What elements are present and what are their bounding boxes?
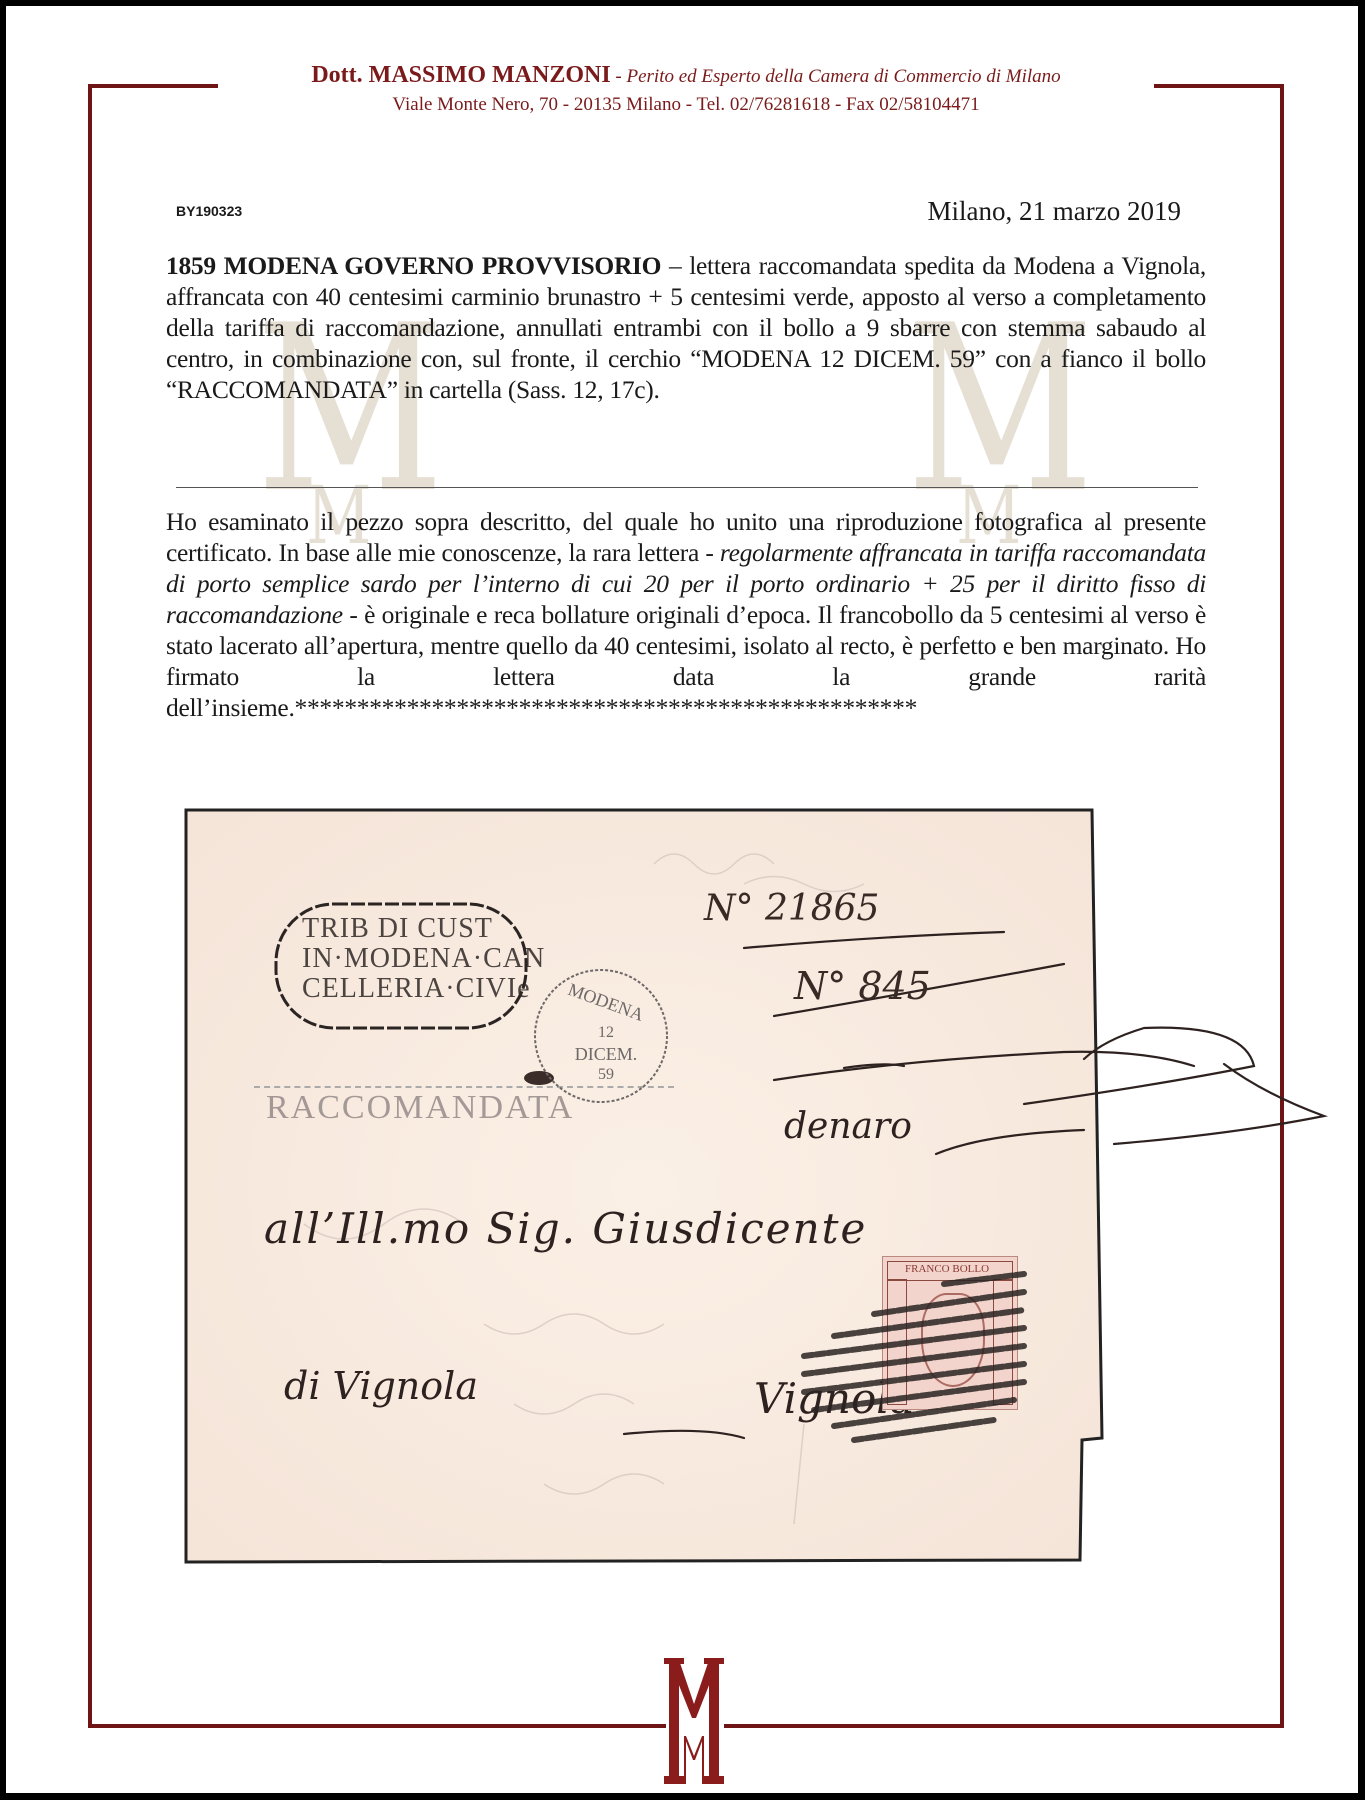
address-origin: di Vignola (284, 1364, 478, 1408)
frame-top-left (88, 84, 218, 88)
expert-address: Viale Monte Nero, 70 - 20135 Milano - Te… (216, 94, 1156, 116)
certificate-date: Milano, 21 marzo 2019 (836, 196, 1181, 227)
certificate-reference: BY190323 (176, 203, 242, 219)
address-addressee: all’Ill.mo Sig. Giusdicente (264, 1204, 867, 1253)
opinion-filler: ****************************************… (295, 693, 918, 722)
bar-cancellation (794, 1274, 1034, 1444)
item-heading: 1859 MODENA GOVERNO PROVVISORIO (166, 251, 661, 280)
expert-opinion: Ho esaminato il pezzo sopra descritto, d… (166, 506, 1206, 723)
certificate-sheet: Dott. MASSIMO MANZONI - Perito ed Espert… (6, 6, 1358, 1793)
manuscript-word: denaro (784, 1106, 912, 1147)
expert-title: - Perito ed Esperto della Camera di Comm… (611, 66, 1061, 87)
expert-name: Dott. MASSIMO MANZONI (311, 62, 610, 88)
expert-header: Dott. MASSIMO MANZONI - Perito ed Espert… (216, 62, 1156, 89)
frame-top-right (1154, 84, 1284, 88)
letter-photograph: TRIB DI CUST IN·MODENA·CAN CELLERIA·CIVI… (184, 804, 1134, 1562)
monogram-logo-icon (660, 1656, 730, 1788)
frame-bottom-left (88, 1724, 666, 1728)
manuscript-rate: N° 845 (794, 964, 931, 1008)
frame-left (88, 84, 92, 1728)
section-divider (176, 487, 1198, 488)
manuscript-flourishes (184, 804, 1334, 1562)
item-description: 1859 MODENA GOVERNO PROVVISORIO – letter… (166, 250, 1206, 405)
frame-bottom-right (724, 1724, 1284, 1728)
